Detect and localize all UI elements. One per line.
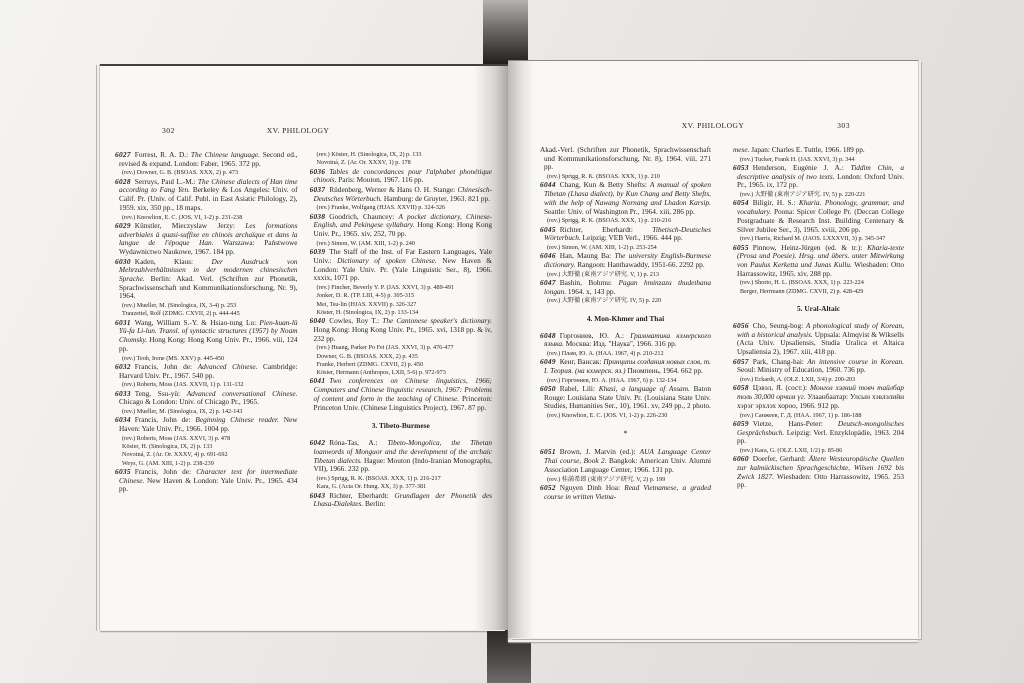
review-line: (rev.) Sprigg, R. K. (BSOAS. XXX, 1) p. …	[310, 475, 493, 482]
review-line: (rev.) Huang, Parker Po Fei (JAS. XXVI, …	[310, 344, 493, 351]
right-page-columns: Akad.-Verl. (Schriften zur Phonetik, Spr…	[508, 146, 918, 598]
bib-entry-6050: 6050Rabel, Lili: Khasi, a language of As…	[540, 385, 711, 411]
review-line: (rev.) Knowlton, E. C. (JOS. VI, 1-2) p.…	[540, 412, 711, 419]
entry-number: 6058	[733, 383, 749, 392]
review-line: (rev.) Mueller, M. (Sinologica, IX, 2) p…	[115, 408, 298, 415]
bib-entry-6043: 6043Richter, Eberhardt: Grundlagen der P…	[310, 492, 493, 509]
bib-entry-6037: 6037Rüdenberg, Werner & Hans O. H. Stang…	[310, 186, 493, 203]
entry-number: 6030	[115, 257, 131, 266]
review-line: (rev.) Teoh, Irene (MS. XXV) p. 445-450	[115, 355, 298, 362]
section-heading: 3. Tibeto-Burmese	[310, 421, 493, 430]
entry-title: Dictionary of spoken Chinese.	[337, 256, 437, 265]
entry-title: The Cantonese speaker's dictionary.	[382, 316, 492, 325]
review-line: Mei, Tsu-lin (HJAS. XXVII) p. 326-327	[310, 301, 493, 308]
entry-number: 6036	[310, 167, 326, 176]
separator-asterisk: *	[540, 429, 711, 438]
entry-text: Горгониев, Ю. А.:	[560, 331, 630, 340]
bib-entry-6058: 6058Цэвэл, Я. (сост.): Монгол хэлний тов…	[733, 384, 904, 410]
entry-text: Rabel, Lili:	[560, 384, 599, 393]
entry-text: Hamburg: de Gruyter, 1963. 821 pp.	[382, 194, 490, 203]
bib-entry-6053: 6053Henderson, Eugénie J. A.: Tiddim Chi…	[733, 164, 904, 190]
entry-number: 6059	[733, 419, 749, 428]
bib-entry-6042: 6042Róna-Tas, A.: Tibeto-Mongolica, the …	[310, 439, 493, 474]
review-line: (rev.) Eckardt, A. (OLZ. LXII, 3/4) p. 2…	[733, 376, 904, 383]
review-line: Jonker, D. R. (TP. LIII, 4-5) p. 305-315	[310, 292, 493, 299]
entry-number: 6041	[310, 376, 326, 385]
entry-number: 6060	[733, 454, 749, 463]
entry-number: 6051	[540, 447, 556, 456]
entry-text: Doerfer, Gerhard:	[753, 454, 809, 463]
review-line: (rev.) Downer, G. B. (BSOAS. XXX, 2) p. …	[115, 169, 298, 176]
entry-text: Leipzig: VEB Verl., 1966. 444 pp.	[581, 233, 683, 242]
review-line: Berger, Herrmann (ZDMG. CXVII, 2) p. 428…	[733, 288, 904, 295]
bib-entry-6047: 6047Bashin, Bohmu: Pagan hminzazu thudet…	[540, 279, 711, 296]
entry-title: Khasi, a language of Assam.	[599, 384, 690, 393]
review-line: Köster, H. (Sinologica, IX, 2) p. 133	[115, 443, 298, 450]
entry-text: Akad.-Verl. (Schriften zur Phonetik, Spr…	[540, 146, 711, 171]
review-line: (rev.) 大野徹 (東南アジア研究. IV, 5) p. 220	[540, 297, 711, 304]
entry-text: Rüdenberg, Werner & Hans O. H. Stange:	[329, 185, 457, 194]
review-line: (rev.) Sprigg, R. K. (BSOAS. XXX, 1) p. …	[540, 217, 711, 224]
review-line: (rev.) 桂満希郎 (東南アジア研究. V, 2) p. 199	[540, 476, 711, 483]
entry-text: Rangoon: Hanthawaddy, 1951-66. 2292 pp.	[575, 260, 704, 269]
entry-text: Japan: Charles E. Tuttle, 1966. 189 pp.	[749, 146, 864, 154]
entry-number: 6034	[115, 415, 131, 424]
left-page-columns: 6027Forrest, R. A. D.: The Chinese langu…	[100, 151, 508, 603]
entry-text: Cowles, Roy T.:	[329, 316, 382, 325]
entry-text: Chang, Kun & Betty Shefts:	[560, 180, 650, 189]
review-line: (rev.) Fincher, Beverly Y. P. (JAS. XXVI…	[310, 284, 493, 291]
entry-number: 6055	[733, 243, 749, 252]
bib-entry-6044: 6044Chang, Kun & Betty Shefts: A manual …	[540, 181, 711, 216]
entry-text: 1964. x, 143 pp.	[566, 287, 615, 296]
review-line: (rev.) Roberts, Moss (JAS. XXVII, 1) p. …	[115, 381, 298, 388]
entry-number: 6052	[540, 483, 556, 492]
review-line: Kara, G. (Acta Or. Hung. XX, 3) p. 377-3…	[310, 483, 493, 490]
right-page: XV. PHILOLOGY 303 Akad.-Verl. (Schriften…	[508, 60, 918, 638]
entry-title: Advanced conversational Chinese.	[187, 389, 298, 398]
entry-text: Pinnow, Heinz-Jürgen (ed. & tr.):	[753, 243, 867, 252]
entry-number: 6044	[540, 180, 556, 189]
bib-entry-6033: 6033Teng, Ssu-yü: Advanced conversationa…	[115, 390, 298, 407]
review-line: (rev.) Плам, Ю. А. (НАА. 1967, 4) p. 210…	[540, 350, 711, 357]
bib-entry-6030: 6030Kaden, Klaus: Der Ausdruck von Mehrz…	[115, 258, 298, 302]
entry-title: Advanced Chinese.	[198, 362, 258, 371]
bib-entry-6031: 6031Wang, William S.-Y. & Hsiao-tung Lu:…	[115, 319, 298, 354]
entry-text: Francis, John de:	[135, 362, 198, 371]
review-line: Novotná, Z. (Ar. Or. XXXV, 4) p. 691-692	[115, 451, 298, 458]
entry-text: Francis, John de:	[135, 415, 196, 424]
entry-title: An intensive course in Korean.	[807, 357, 904, 366]
entry-text: Richter, Eberhardt:	[560, 225, 652, 234]
bib-entry-6059: 6059Vietze, Hans-Peter: Deutsch-mongolis…	[733, 420, 904, 446]
entry-text: Henderson, Eugénie J. A.:	[753, 163, 851, 172]
bib-entry-6054: 6054Biligir, H. S.: Kharia. Phonology, g…	[733, 199, 904, 234]
entry-text: Пномпень, 1964. 662 pp.	[626, 366, 703, 375]
entry-number: 6031	[115, 318, 131, 327]
entry-number: 6049	[540, 357, 556, 366]
review-line: Köster, Hermann (Anthropos, LXII, 5-6) p…	[310, 369, 493, 376]
review-line: (rev.) Санжеев, Г. Д. (НАА. 1967, 1) p. …	[733, 412, 904, 419]
entry-text: Nguyen Dinh Hoa:	[560, 483, 624, 492]
review-line: (rev.) Shorto, H. L. (BSOAS. XXX, 1) p. …	[733, 279, 904, 286]
review-line: (rev.) Harris, Richard M. (JAOS. LXXXVII…	[733, 235, 904, 242]
review-line: (rev.) Simon, W. (AM. XIII, 1-2) p. 240	[310, 240, 493, 247]
bib-entry-6060: 6060Doerfer, Gerhard: Ältere Westeuropäi…	[733, 455, 904, 490]
entry-number: 6039	[310, 247, 326, 256]
entry-text: Кенг, Вансак:	[560, 357, 604, 366]
bib-entry-6051: 6051Brown, J. Marvin (ed.): AUA Language…	[540, 448, 711, 474]
entry-title: Beginning Chinese reader.	[195, 415, 278, 424]
bib-entry-6040: 6040Cowles, Roy T.: The Cantonese speake…	[310, 317, 493, 343]
left-page-header: 302 XV. PHILOLOGY	[100, 126, 508, 138]
entry-text: Seoul: Ministry of Education, 1960. 736 …	[737, 365, 866, 374]
bib-entry-6045: 6045Richter, Eberhardt: Tibetisch-Deutsc…	[540, 226, 711, 243]
review-line: Franke, Herbert (ZDMG. CXVII, 2) p. 450	[310, 361, 493, 368]
section-heading: 4. Mon-Khmer and Thai	[540, 314, 711, 323]
bib-entry-6039: 6039The Staff of the Inst. of Far Easter…	[310, 248, 493, 283]
entry-number: 6057	[733, 357, 749, 366]
right-column-2: mese. Japan: Charles E. Tuttle, 1966. 18…	[733, 146, 904, 598]
entry-text: Künstler, Mieczyslaw Jerzy:	[135, 221, 246, 230]
entry-text: Chicago & London: Univ. of Chicago Pr., …	[119, 397, 259, 406]
entry-number: 6046	[540, 251, 556, 260]
entry-number: 6037	[310, 185, 326, 194]
entry-text: Цэвэл, Я. (сост.):	[753, 383, 810, 392]
entry-number: 6032	[115, 362, 131, 371]
bib-entry-6032: 6032Francis, John de: Advanced Chinese. …	[115, 363, 298, 380]
left-running-header: XV. PHILOLOGY	[267, 126, 329, 135]
bib-entry-continuation: mese. Japan: Charles E. Tuttle, 1966. 18…	[733, 146, 904, 155]
review-line: (rev.) Горгониев, Ю. А. (НАА. 1967, 6) p…	[540, 377, 711, 384]
entry-number: 6050	[540, 384, 556, 393]
bib-entry-6035: 6035Francis, John de: Character text for…	[115, 468, 298, 494]
left-page: 302 XV. PHILOLOGY 6027Forrest, R. A. D.:…	[100, 64, 508, 630]
bib-entry-6046: 6046Han, Maung Ba: The university Englis…	[540, 252, 711, 269]
entry-text: Bashin, Bohmu:	[560, 278, 619, 287]
entry-number: 6045	[540, 225, 556, 234]
review-line: (rev.) Tucker, Frank H. (JAS. XXVI, 3) p…	[733, 156, 904, 163]
review-line: (rev.) Franke, Wolfgang (HJAS. XXVII) p.…	[310, 204, 493, 211]
right-column-1: Akad.-Verl. (Schriften zur Phonetik, Spr…	[540, 146, 711, 598]
review-line: (rev.) Simon, W. (AM. XIII, 1-2) p. 253-…	[540, 244, 711, 251]
entry-text: Richter, Eberhardt:	[329, 491, 394, 500]
review-line: (rev.) 大野徹 (東南アジア研究. V, 1) p. 213	[540, 271, 711, 278]
entry-text: Goodrich, Chauncey:	[329, 212, 398, 221]
review-line: Trauzettel, Rolf (ZDMG. CXVII, 2) p. 444…	[115, 310, 298, 317]
spine-gap-shadow-top	[483, 0, 528, 66]
entry-text: New Haven & London: Yale Univ. Pr., 1965…	[119, 476, 298, 494]
bib-entry-6036: 6036Tables de concordances pour l'alphab…	[310, 168, 493, 185]
left-column-1: 6027Forrest, R. A. D.: The Chinese langu…	[115, 151, 298, 603]
review-line: Köster, H. (Sinologica, IX, 2) p. 133-13…	[310, 309, 493, 316]
entry-number: 6028	[115, 177, 131, 186]
right-page-number: 303	[837, 121, 850, 130]
entry-text: Paris: Mouton, 1967. 116 pp.	[336, 175, 423, 184]
bib-entry-continuation: Akad.-Verl. (Schriften zur Phonetik, Spr…	[540, 146, 711, 172]
entry-text: Seattle: Univ. of Washington Pr., 1964. …	[544, 207, 695, 216]
bib-entry-6034: 6034Francis, John de: Beginning Chinese …	[115, 416, 298, 433]
bib-entry-6028: 6028Serruys, Paul L.-M.: The Chinese dia…	[115, 178, 298, 213]
left-column-2: (rev.) Köster, H. (Sinologica, IX, 2) p.…	[310, 151, 493, 603]
entry-number: 6056	[733, 321, 749, 330]
bib-entry-6049: 6049Кенг, Вансак: Принципы создания новы…	[540, 358, 711, 375]
review-line: (rev.) Mueller, M. (Sinologica, IX, 3-4)…	[115, 302, 298, 309]
bib-entry-6038: 6038Goodrich, Chauncey: A pocket diction…	[310, 213, 493, 239]
review-line: (rev.) Knowlton, E. C. (JOS. VI, 1-2) p.…	[115, 214, 298, 221]
entry-text: Vietze, Hans-Peter:	[753, 419, 838, 428]
entry-text: Hong Kong: Hong Kong Univ. Pr., 1965. xv…	[314, 325, 493, 343]
review-line: Weys, G. (AM. XIII, 1-2) p. 238-239	[115, 460, 298, 467]
entry-text: Teng, Ssu-yü:	[135, 389, 187, 398]
entry-number: 6043	[310, 491, 326, 500]
review-line: Novotná, Z. (Ar. Or. XXXV, 1) p. 178	[310, 159, 493, 166]
entry-number: 6038	[310, 212, 326, 221]
entry-text: Serruys, Paul L.-M.:	[135, 177, 198, 186]
entry-number: 6033	[115, 389, 131, 398]
review-line: Downer, G. B. (BSOAS. XXX, 2) p. 435	[310, 353, 493, 360]
entry-text: Han, Maung Ba:	[560, 251, 615, 260]
bib-entry-6029: 6029Künstler, Mieczyslaw Jerzy: Les form…	[115, 222, 298, 257]
entry-number: 6040	[310, 316, 326, 325]
entry-number: 6053	[733, 163, 749, 172]
bib-entry-6057: 6057Park, Chang-hai: An intensive course…	[733, 358, 904, 375]
right-running-header: XV. PHILOLOGY	[682, 121, 744, 130]
entry-text: Brown, J. Marvin (ed.):	[560, 447, 640, 456]
entry-number: 6029	[115, 221, 131, 230]
photo-background: 302 XV. PHILOLOGY 6027Forrest, R. A. D.:…	[0, 0, 1024, 683]
entry-text: Москва: Изд. "Наука", 1966. 316 pp.	[564, 339, 677, 348]
bib-entry-6027: 6027Forrest, R. A. D.: The Chinese langu…	[115, 151, 298, 168]
bib-entry-6052: 6052Nguyen Dinh Hoa: Read Vietnamese, a …	[540, 484, 711, 501]
entry-text: Kaden, Klaus:	[135, 257, 212, 266]
right-page-header: XV. PHILOLOGY 303	[508, 121, 918, 133]
bib-entry-6056: 6056Cho, Seung-bog: A phonological study…	[733, 322, 904, 357]
entry-text: Wang, William S.-Y. & Hsiao-tung Lu:	[135, 318, 260, 327]
review-line: (rev.) 大野徹 (東南アジア研究. IV, 5) p. 220-221	[733, 191, 904, 198]
entry-text: Biligir, H. S.:	[753, 198, 799, 207]
bib-entry-6048: 6048Горгониев, Ю. А.: Грамматика кхмерск…	[540, 332, 711, 349]
entry-number: 6047	[540, 278, 556, 287]
entry-text: Park, Chang-hai:	[753, 357, 808, 366]
section-heading: 5. Ural-Altaic	[733, 304, 904, 313]
entry-text: Cho, Seung-bog:	[753, 321, 806, 330]
entry-number: 6048	[540, 331, 556, 340]
bib-entry-6041: 6041Two conferences on Chinese linguisti…	[310, 377, 493, 412]
review-line: (rev.) Köster, H. (Sinologica, IX, 2) p.…	[310, 151, 493, 158]
bib-entry-6055: 6055Pinnow, Heinz-Jürgen (ed. & tr.): Kh…	[733, 244, 904, 279]
entry-title: mese.	[733, 146, 749, 154]
review-line: (rev.) Roberts, Moss (JAS. XXVI, 3) p. 4…	[115, 435, 298, 442]
entry-text: Berlin: Akad. Verl. (Schriften zur Phone…	[119, 274, 298, 300]
entry-text: Francis, John de:	[135, 467, 196, 476]
left-page-number: 302	[162, 126, 175, 135]
review-line: (rev.) Sprigg, R. K. (BSOAS. XXX, 1) p. …	[540, 173, 711, 180]
entry-number: 6054	[733, 198, 749, 207]
entry-number: 6042	[310, 438, 326, 447]
entry-text: Róna-Tas, A.:	[329, 438, 387, 447]
review-line: (rev.) Kara, G. (OLZ. LXII, 1/2) p. 85-8…	[733, 447, 904, 454]
entry-number: 6035	[115, 467, 131, 476]
entry-text: Berlin:	[363, 499, 385, 508]
